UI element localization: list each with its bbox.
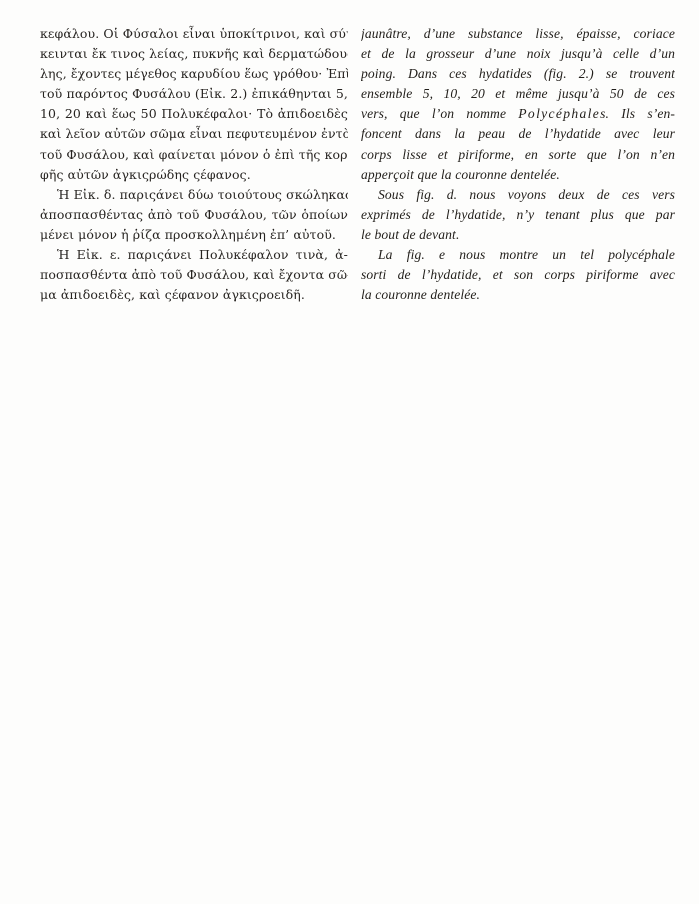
text-line: jaunâtre, d’une substance lisse, épaisse…: [361, 24, 675, 44]
text-line: corps lisse et piriforme, en sorte que l…: [361, 145, 675, 165]
text-line: ποσπασθέντα ἀπὸ τοῦ Φυσάλου, καὶ ἔχοντα …: [40, 265, 348, 285]
text-line: κεφάλου. Οἱ Φύσαλοι εἶναι ὑποκίτρινοι, κ…: [40, 24, 348, 44]
text-line: τοῦ Φυσάλου, καὶ φαίνεται μόνον ὁ ἐπὶ τῆ…: [40, 145, 348, 165]
text-line: La fig. e nous montre un tel polycéphale: [361, 245, 675, 265]
text-line: et de la grosseur d’une noix jusqu’à cel…: [361, 44, 675, 64]
text-line: foncent dans la peau de l’hydatide avec …: [361, 124, 675, 144]
greek-text-column: κεφάλου. Οἱ Φύσαλοι εἶναι ὑποκίτρινοι, κ…: [40, 24, 348, 305]
text-line: 10, 20 καὶ ἕως 50 Πολυκέφαλοι· Τὸ ἀπιδοε…: [40, 104, 348, 124]
text-line: poing. Dans ces hydatides (fig. 2.) se t…: [361, 64, 675, 84]
text-line: λης, ἔχοντες μέγεθος καρυδίου ἕως γρόθου…: [40, 64, 348, 84]
text-line: sorti de l’hydatide, et son corps pirifo…: [361, 265, 675, 285]
text-line: κεινται ἔκ τινος λείας, πυκνῆς καὶ δερμα…: [40, 44, 348, 64]
text-line: Sous fig. d. nous voyons deux de ces ver…: [361, 185, 675, 205]
text-line: la couronne dentelée.: [361, 285, 675, 305]
text-line: le bout de devant.: [361, 225, 675, 245]
text-line: apperçoit que la couronne dentelée.: [361, 165, 675, 185]
text-line: μα ἀπιδοειδὲς, καὶ ςέφανον ἀγκιςροειδῆ.: [40, 285, 348, 305]
french-text-column: jaunâtre, d’une substance lisse, épaisse…: [361, 24, 675, 305]
text-line: exprimés de l’hydatide, n’y tenant plus …: [361, 205, 675, 225]
text-line: Ἡ Εἰκ. ε. παριςάνει Πολυκέφαλον τινὰ, ἀ-: [40, 245, 348, 265]
text-line: ensemble 5, 10, 20 et même jusqu’à 50 de…: [361, 84, 675, 104]
text-line: ἀποσπασθέντας ἀπὸ τοῦ Φυσάλου, τῶν ὁποίω…: [40, 205, 348, 225]
text-line: Ἡ Εἰκ. δ. παριςάνει δύω τοιούτους σκώληκ…: [40, 185, 348, 205]
text-line: μένει μόνον ἡ ῥίζα προσκολλημένη ἐπ’ αὐτ…: [40, 225, 348, 245]
text-line: φῆς αὐτῶν ἀγκιςρώδης ςέφανος.: [40, 165, 348, 185]
scanned-book-page: κεφάλου. Οἱ Φύσαλοι εἶναι ὑποκίτρινοι, κ…: [0, 0, 699, 904]
text-line: τοῦ παρόντος Φυσάλου (Εἰκ. 2.) ἐπικάθηντ…: [40, 84, 348, 104]
text-line: καὶ λεῖον αὐτῶν σῶμα εἶναι πεφυτευμένον …: [40, 124, 348, 144]
text-line: vers, que l’on nomme P o l y c é p h a l…: [361, 104, 675, 124]
